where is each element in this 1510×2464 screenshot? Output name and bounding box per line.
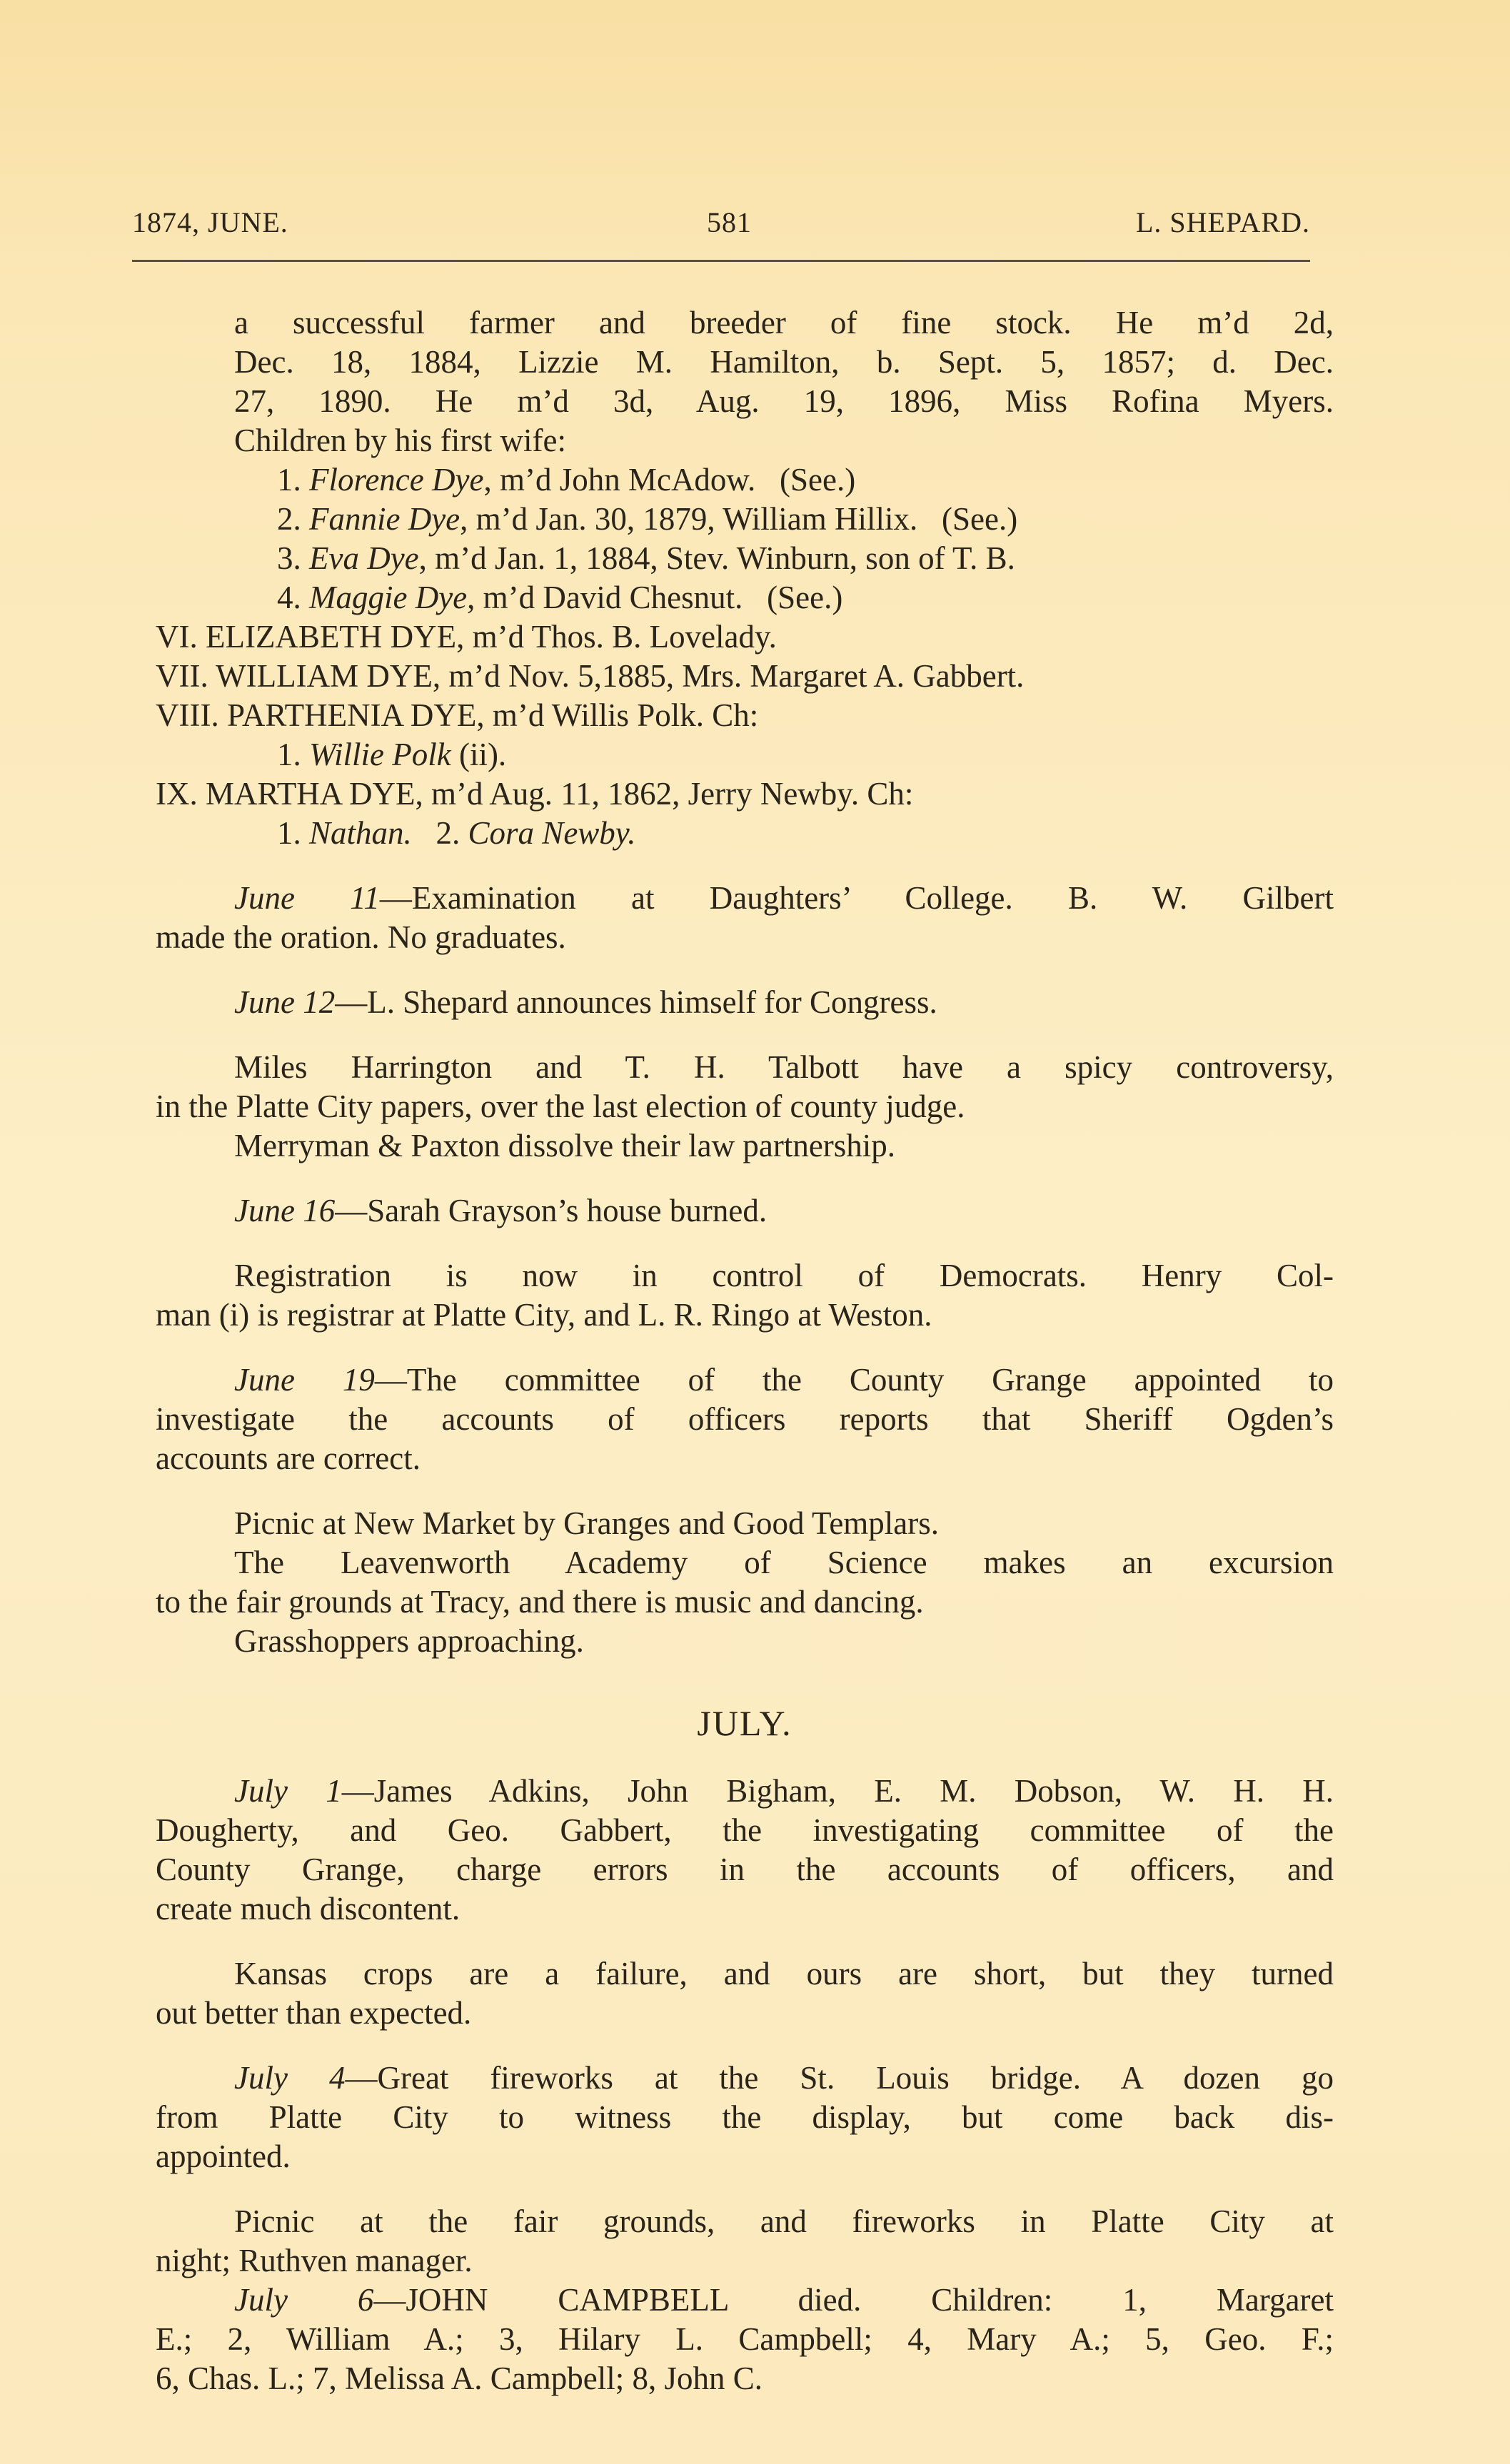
text-line: Children by his first wife:: [156, 421, 1334, 460]
entry-june-12: June 12—L. Shepard announces himself for…: [156, 983, 1334, 1022]
page-number: 581: [707, 206, 752, 239]
book-page: 1874, JUNE. 581 L. SHEPARD. a successful…: [0, 0, 1510, 2464]
entry-june-16: June 16—Sarah Grayson’s house burned.: [156, 1191, 1334, 1231]
text-line: July 1—James Adkins, John Bigham, E. M. …: [156, 1772, 1334, 1811]
item-text: , m’d Jan. 30, 1879, William Hillix. (Se…: [460, 501, 1017, 537]
item-number: 2.: [277, 501, 301, 537]
item-text: (ii).: [451, 737, 506, 772]
paragraph-picnic-fair-grounds: Picnic at the fair grounds, and firework…: [156, 2202, 1334, 2281]
genealogy-entry-vii: VII. WILLIAM DYE, m’d Nov. 5,1885, Mrs. …: [156, 657, 1334, 696]
text-line: appointed.: [156, 2137, 1334, 2176]
entry-date: June 12: [234, 984, 335, 1020]
paragraph-kansas-crops: Kansas crops are a failure, and ours are…: [156, 1954, 1334, 2033]
genealogy-entry-vi: VI. ELIZABETH DYE, m’d Thos. B. Lovelady…: [156, 617, 1334, 657]
text-line: 6, Chas. L.; 7, Melissa A. Campbell; 8, …: [156, 2359, 1334, 2398]
text-line: 27, 1890. He m’d 3d, Aug. 19, 1896, Miss…: [156, 382, 1334, 421]
entry-date: July 4: [234, 2060, 345, 2096]
item-number: 1.: [277, 815, 301, 851]
child-name: Willie Polk: [309, 737, 451, 772]
text-line: E.; 2, William A.; 3, Hilary L. Campbell…: [156, 2320, 1334, 2359]
item-text: , m’d David Chesnut. (See.): [467, 580, 842, 615]
entry-text: —L. Shepard announces himself for Congre…: [335, 984, 937, 1020]
text-line: made the oration. No graduates.: [156, 918, 1334, 957]
continuation-paragraph: a successful farmer and breeder of fine …: [156, 303, 1334, 460]
text-line: Dougherty, and Geo. Gabbert, the investi…: [156, 1811, 1334, 1850]
text-line: June 11—Examination at Daughters’ Colleg…: [156, 879, 1334, 918]
list-item: 4. Maggie Dye, m’d David Chesnut. (See.): [156, 578, 1334, 617]
paragraph-grasshoppers: Grasshoppers approaching.: [156, 1622, 1334, 1661]
text-line: out better than expected.: [156, 1994, 1334, 2033]
children-list: 1. Florence Dye, m’d John McAdow. (See.)…: [156, 460, 1334, 617]
genealogy-list: VI. ELIZABETH DYE, m’d Thos. B. Lovelady…: [156, 617, 1334, 853]
list-item: 2. Fannie Dye, m’d Jan. 30, 1879, Willia…: [156, 500, 1334, 539]
paragraph-picnic-new-market: Picnic at New Market by Granges and Good…: [156, 1504, 1334, 1543]
list-item: 1. Florence Dye, m’d John McAdow. (See.): [156, 460, 1334, 500]
entry-date: June 19: [234, 1362, 375, 1398]
text-line: The Leavenworth Academy of Science makes…: [156, 1543, 1334, 1582]
child-name: Florence Dye: [309, 462, 483, 498]
entry-june-19: June 19—The committee of the County Gran…: [156, 1360, 1334, 1478]
item-number: 3.: [277, 540, 301, 576]
item-text: , m’d John McAdow. (See.): [483, 462, 855, 498]
paragraph-harrington-talbott: Miles Harrington and T. H. Talbott have …: [156, 1048, 1334, 1126]
text-line: create much discontent.: [156, 1889, 1334, 1929]
entry-date: July 6: [234, 2282, 373, 2318]
text-line: Grasshoppers approaching.: [156, 1622, 1334, 1661]
item-number: 4.: [277, 580, 301, 615]
text-line: Picnic at the fair grounds, and firework…: [156, 2202, 1334, 2241]
child-name: Eva Dye: [309, 540, 419, 576]
genealogy-entry-ix: IX. MARTHA DYE, m’d Aug. 11, 1862, Jerry…: [156, 774, 1334, 814]
text-line: Kansas crops are a failure, and ours are…: [156, 1954, 1334, 1994]
list-item: 1. Willie Polk (ii).: [156, 735, 1334, 774]
text-line: June 12—L. Shepard announces himself for…: [156, 983, 1334, 1022]
text-line: night; Ruthven manager.: [156, 2241, 1334, 2281]
entry-date: June 11: [234, 880, 380, 916]
entry-july-4: July 4—Great fireworks at the St. Louis …: [156, 2059, 1334, 2176]
entry-june-11: June 11—Examination at Daughters’ Colleg…: [156, 879, 1334, 957]
child-name: Nathan.: [309, 815, 412, 851]
text-line: Merryman & Paxton dissolve their law par…: [156, 1126, 1334, 1166]
text-line: July 4—Great fireworks at the St. Louis …: [156, 2059, 1334, 2098]
section-heading-july: JULY.: [156, 1704, 1334, 1743]
entry-text: —Examination at Daughters’ College. B. W…: [380, 880, 1334, 916]
text-line: County Grange, charge errors in the acco…: [156, 1850, 1334, 1889]
paragraph-merryman-paxton: Merryman & Paxton dissolve their law par…: [156, 1126, 1334, 1166]
text-line: man (i) is registrar at Platte City, and…: [156, 1296, 1334, 1335]
entry-july-6: July 6—JOHN CAMPBELL died. Children: 1, …: [156, 2281, 1334, 2398]
entry-text: —Great fireworks at the St. Louis bridge…: [345, 2060, 1334, 2096]
item-number: 1.: [277, 737, 301, 772]
text-line: in the Platte City papers, over the last…: [156, 1087, 1334, 1126]
entry-july-1: July 1—James Adkins, John Bigham, E. M. …: [156, 1772, 1334, 1929]
item-number: 2.: [436, 815, 460, 851]
page-body: a successful farmer and breeder of fine …: [156, 303, 1334, 2398]
list-item: 1. Nathan. 2. Cora Newby.: [156, 814, 1334, 853]
entry-text: —Sarah Grayson’s house burned.: [335, 1193, 767, 1228]
text-line: investigate the accounts of officers rep…: [156, 1400, 1334, 1439]
genealogy-entry-viii: VIII. PARTHENIA DYE, m’d Willis Polk. Ch…: [156, 696, 1334, 735]
item-number: 1.: [277, 462, 301, 498]
paragraph-leavenworth: The Leavenworth Academy of Science makes…: [156, 1543, 1334, 1622]
child-name: Fannie Dye: [309, 501, 460, 537]
text-line: Picnic at New Market by Granges and Good…: [156, 1504, 1334, 1543]
text-line: accounts are correct.: [156, 1439, 1334, 1478]
entry-date: July 1: [234, 1773, 342, 1809]
running-head-date: 1874, JUNE.: [132, 206, 288, 239]
item-text: , m’d Jan. 1, 1884, Stev. Winburn, son o…: [419, 540, 1015, 576]
text-line: a successful farmer and breeder of fine …: [156, 303, 1334, 343]
text-line: July 6—JOHN CAMPBELL died. Children: 1, …: [156, 2281, 1334, 2320]
list-item: 3. Eva Dye, m’d Jan. 1, 1884, Stev. Winb…: [156, 539, 1334, 578]
text-line: June 19—The committee of the County Gran…: [156, 1360, 1334, 1400]
running-head-title: L. SHEPARD.: [1136, 206, 1310, 239]
entry-text: —James Adkins, John Bigham, E. M. Dobson…: [342, 1773, 1334, 1809]
child-name: Maggie Dye: [309, 580, 467, 615]
text-line: Dec. 18, 1884, Lizzie M. Hamilton, b. Se…: [156, 343, 1334, 382]
header-rule: [132, 260, 1310, 262]
child-name: Cora Newby.: [468, 815, 636, 851]
entry-date: June 16: [234, 1193, 335, 1228]
text-line: to the fair grounds at Tracy, and there …: [156, 1582, 1334, 1622]
text-line: Miles Harrington and T. H. Talbott have …: [156, 1048, 1334, 1087]
text-line: June 16—Sarah Grayson’s house burned.: [156, 1191, 1334, 1231]
text-line: Registration is now in control of Democr…: [156, 1256, 1334, 1296]
paragraph-registration: Registration is now in control of Democr…: [156, 1256, 1334, 1335]
entry-text: —The committee of the County Grange appo…: [375, 1362, 1334, 1398]
text-line: from Platte City to witness the display,…: [156, 2098, 1334, 2137]
entry-text: —JOHN CAMPBELL died. Children: 1, Margar…: [373, 2282, 1334, 2318]
running-head: 1874, JUNE. 581 L. SHEPARD.: [132, 206, 1310, 248]
